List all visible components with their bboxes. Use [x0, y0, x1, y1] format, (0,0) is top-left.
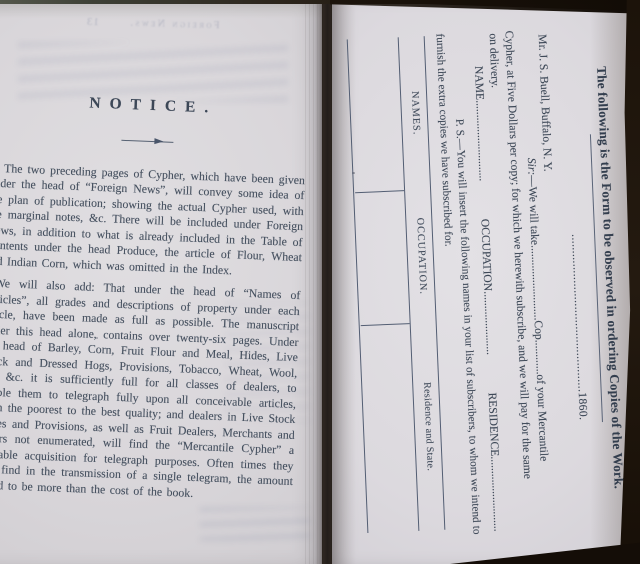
right-page: The following is the Form to be observed…	[332, 0, 632, 564]
empty-cell-names	[349, 37, 404, 191]
empty-cell-residence	[361, 323, 419, 533]
left-page: 13 Foreign News. NOTICE. The two precedi…	[0, 2, 322, 564]
column-header-names: NAMES.	[403, 36, 426, 190]
empty-cell-occupation	[355, 190, 410, 326]
notice-paragraph-1: The two preceding pages of Cypher, which…	[0, 160, 305, 281]
notice-heading: NOTICE.	[0, 91, 318, 120]
column-header-residence: Residence and State.	[415, 323, 440, 531]
ornament-arrowhead	[154, 138, 163, 144]
ornament-line	[121, 139, 173, 142]
salutation-sir: Sir:	[525, 158, 539, 176]
paper-speck	[96, 337, 98, 339]
divider-ornament-icon	[121, 136, 173, 145]
notice-page-content: NOTICE. The two preceding pages of Cyphe…	[0, 0, 322, 564]
paper-speck	[352, 172, 355, 174]
column-header-occupation: OCCUPATION.	[410, 189, 432, 323]
form-title: The following is the Form to be observed…	[591, 27, 628, 529]
order-form: The following is the Form to be observed…	[325, 0, 640, 564]
book-photo: 13 Foreign News. NOTICE. The two precedi…	[0, 0, 640, 564]
subscriber-table: NAMES. OCCUPATION. Residence and State.	[347, 36, 446, 533]
notice-paragraph-2: We will also add: That under the head of…	[0, 275, 301, 505]
